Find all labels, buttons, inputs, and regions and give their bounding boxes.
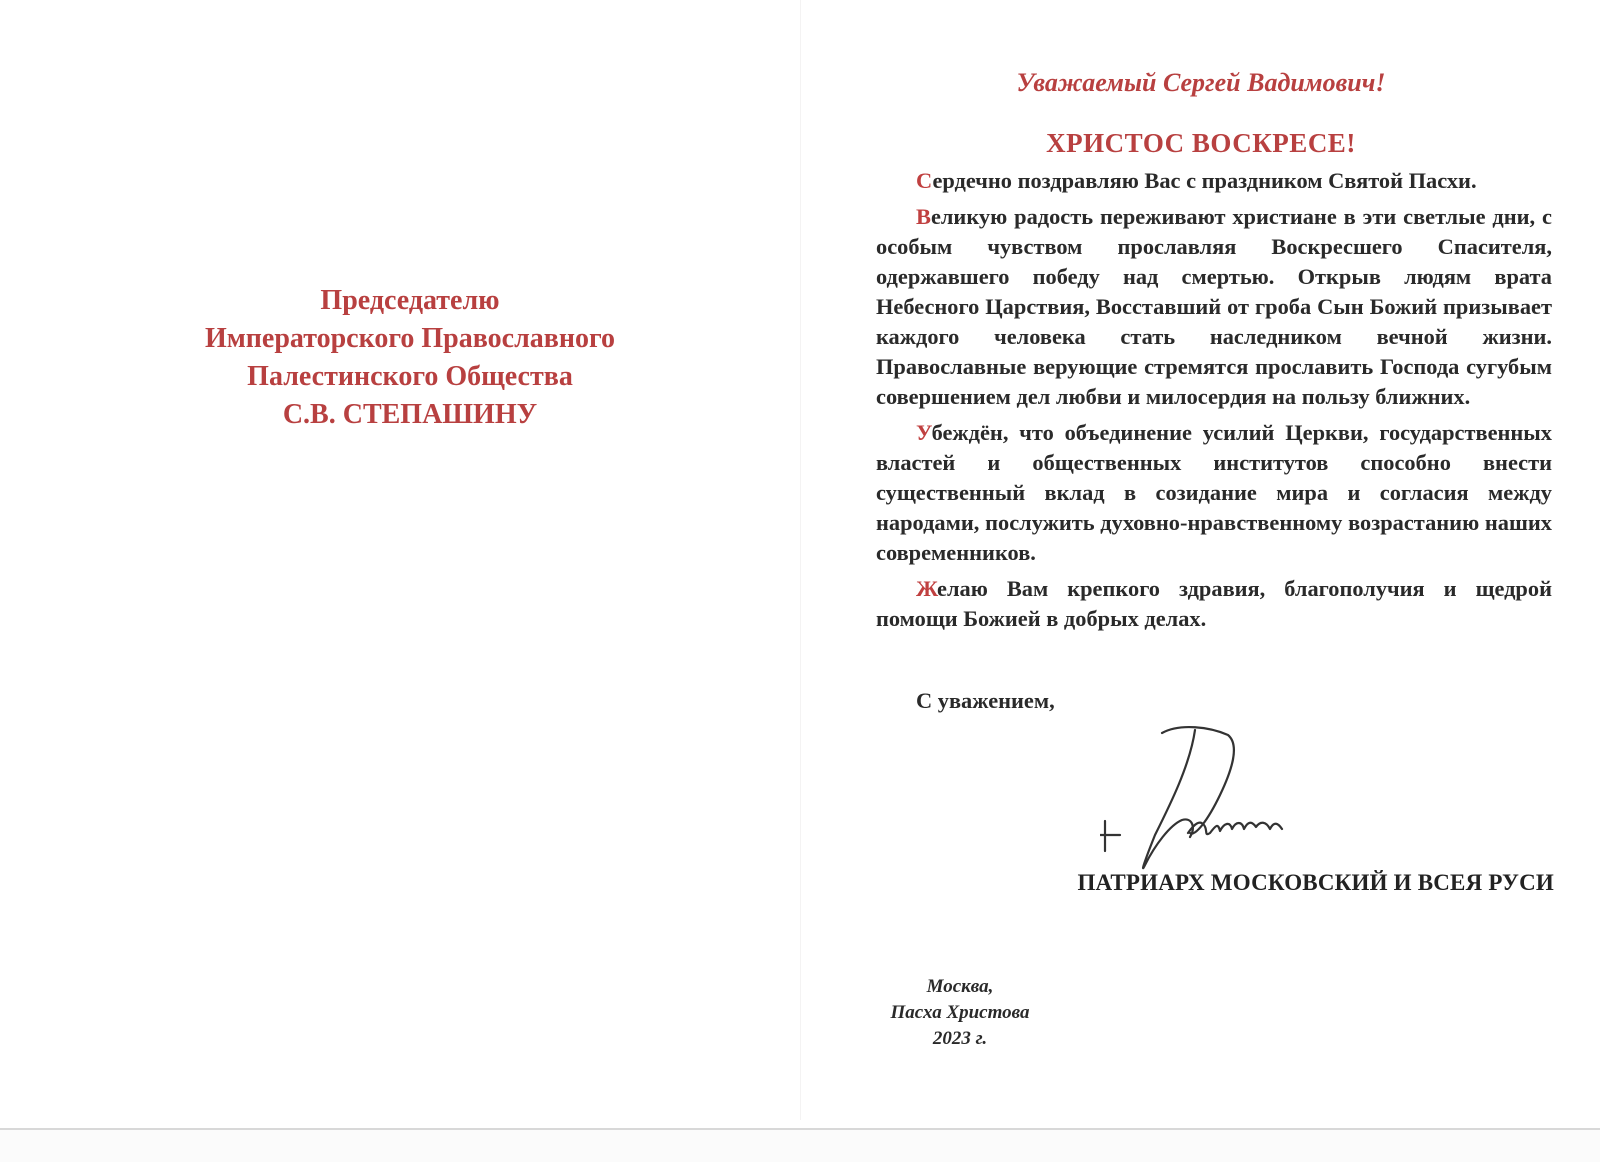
year: 2023 г. xyxy=(860,1026,1060,1052)
addressee-line: Председателю xyxy=(150,282,670,320)
addressee-block: Председателю Императорского Православног… xyxy=(150,282,670,434)
page-fold xyxy=(800,0,801,1120)
place-date: Москва, Пасха Христова 2023 г. xyxy=(860,974,1060,1052)
paragraph: Сердечно поздравляю Вас с праздником Свя… xyxy=(876,166,1552,196)
addressee-line: Палестинского Общества xyxy=(150,358,670,396)
occasion: Пасха Христова xyxy=(860,1000,1060,1026)
initial-letter: Ж xyxy=(916,576,937,601)
scan-margin xyxy=(0,1130,1600,1162)
initial-letter: В xyxy=(916,204,931,229)
greeting: Уважаемый Сергей Вадимович! xyxy=(876,68,1526,98)
signatory-title: ПАТРИАРХ МОСКОВСКИЙ И ВСЕЯ РУСИ xyxy=(960,870,1554,896)
place: Москва, xyxy=(860,974,1060,1000)
paragraph: Желаю Вам крепкого здравия, благополучия… xyxy=(876,574,1552,634)
closing: С уважением, xyxy=(916,688,1055,714)
paragraph-text: ердечно поздравляю Вас с праздником Свят… xyxy=(932,168,1476,193)
paragraph-text: еликую радость переживают христиане в эт… xyxy=(876,204,1552,409)
paragraph-text: беждён, что объединение усилий Церкви, г… xyxy=(876,420,1552,565)
addressee-name: С.В. СТЕПАШИНУ xyxy=(150,396,670,434)
signature-icon xyxy=(1100,725,1320,890)
addressee-line: Императорского Православного xyxy=(150,320,670,358)
paschal-greeting: ХРИСТОС ВОСКРЕСЕ! xyxy=(876,128,1526,159)
paragraph-text: елаю Вам крепкого здравия, благополучия … xyxy=(876,576,1552,631)
initial-letter: С xyxy=(916,168,932,193)
letter-body: Сердечно поздравляю Вас с праздником Свя… xyxy=(876,166,1552,640)
paragraph: Убеждён, что объединение усилий Церкви, … xyxy=(876,418,1552,568)
paragraph: Великую радость переживают христиане в э… xyxy=(876,202,1552,412)
initial-letter: У xyxy=(916,420,932,445)
